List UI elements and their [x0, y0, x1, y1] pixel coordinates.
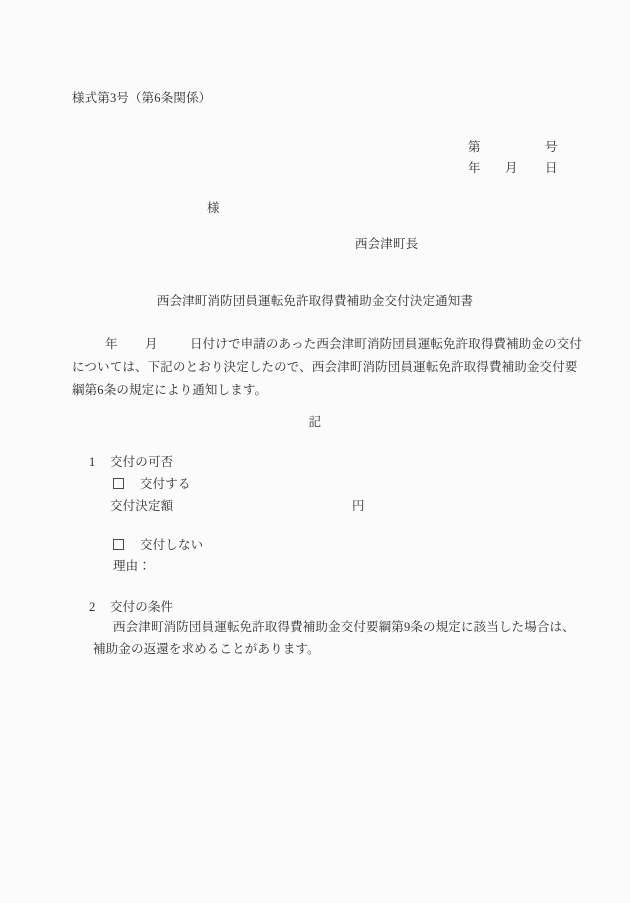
deny-checkbox[interactable]: [113, 539, 124, 550]
condition-line-1: 西会津町消防団員運転免許取得費補助金交付要綱第9条の規定に該当した場合は、: [113, 620, 575, 634]
doc-number-suffix: 号: [545, 140, 558, 154]
amount-unit-label: 円: [352, 499, 365, 513]
sender-title: 西会津町長: [355, 237, 418, 251]
section-1-number: 1: [89, 455, 95, 469]
body-line-3: 綱第6条の規定により通知します。: [72, 383, 267, 397]
condition-line-2: 補助金の返還を求めることがあります。: [93, 642, 320, 656]
notification-document-page: 様式第3号（第6条関係） 第 号 年 月 日 様 西会津町長 西会津町消防団員運…: [0, 0, 630, 903]
addressee-honorific: 様: [207, 201, 220, 215]
date-month-label: 月: [505, 161, 518, 175]
form-number-label: 様式第3号（第6条関係）: [72, 91, 211, 105]
section-2-heading: 交付の条件: [110, 600, 173, 614]
amount-label: 交付決定額: [110, 499, 173, 513]
grant-checkbox[interactable]: [113, 478, 124, 489]
body-line-2: については、下記のとおり決定したので、西会津町消防団員運転免許取得費補助金交付要: [72, 360, 578, 374]
doc-number-prefix: 第: [468, 140, 481, 154]
record-marker: 記: [0, 415, 630, 429]
grant-option-label: 交付する: [140, 477, 191, 491]
section-1-heading: 交付の可否: [110, 455, 173, 469]
reason-label: 理由：: [113, 559, 151, 573]
date-day-label: 日: [545, 161, 558, 175]
document-title: 西会津町消防団員運転免許取得費補助金交付決定通知書: [0, 294, 630, 308]
section-2-number: 2: [89, 600, 95, 614]
date-year-label: 年: [468, 161, 481, 175]
body-year-blank: 年: [105, 337, 118, 351]
deny-option-label: 交付しない: [140, 538, 203, 552]
body-line-1: 日付けで申請のあった西会津町消防団員運転免許取得費補助金の交付: [190, 337, 582, 351]
body-month-blank: 月: [145, 337, 158, 351]
